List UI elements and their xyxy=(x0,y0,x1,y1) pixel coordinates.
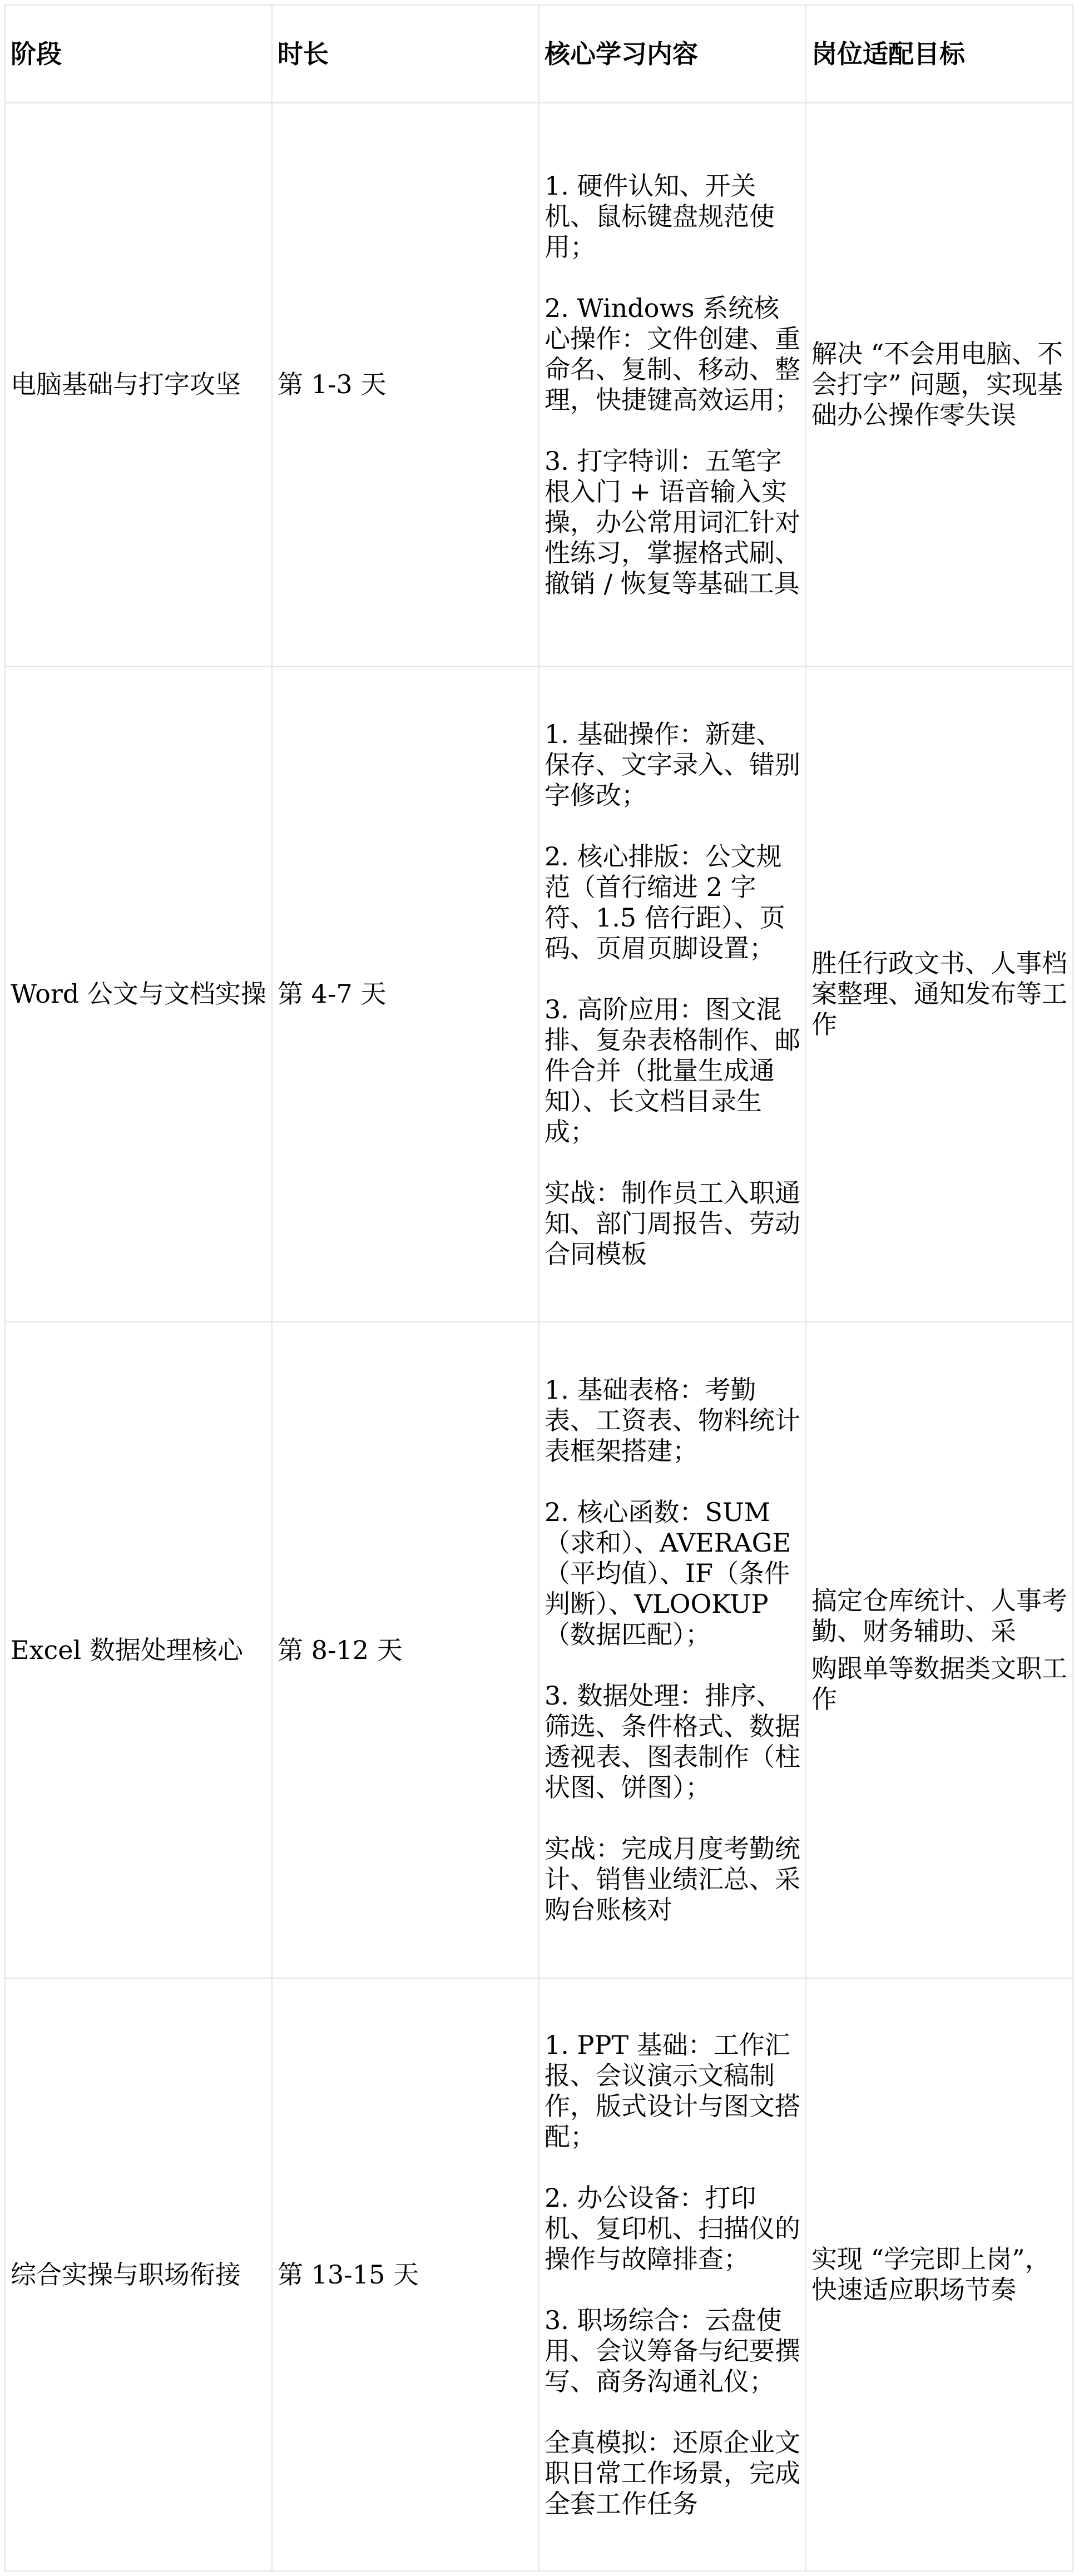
content-item: 3. 职场综合：云盘使用、会议筹备与纪要撰写、商务沟通礼仪； xyxy=(545,2305,800,2397)
content-practice: 全真模拟：还原企业文职日常工作场景，完成全套工作任务 xyxy=(545,2428,800,2519)
stage-cell: 综合实操与职场衔接 xyxy=(5,1978,272,2571)
table-header-row: 阶段 时长 核心学习内容 岗位适配目标 xyxy=(5,5,1073,103)
content-item: 3. 高阶应用：图文混排、复杂表格制作、邮件合并（批量生成通知）、长文档目录生成… xyxy=(545,994,800,1147)
header-core-content: 核心学习内容 xyxy=(539,5,806,103)
content-item: 2. 办公设备：打印机、复印机、扫描仪的操作与故障排查； xyxy=(545,2183,800,2275)
goal-text: 实现 “学完即上岗”，快速适应职场节奏 xyxy=(811,2244,1067,2305)
stage-cell: 电脑基础与打字攻坚 xyxy=(5,103,272,666)
content-item: 3. 打字特训：五笔字根入门 + 语音输入实操，办公常用词汇针对性练习，掌握格式… xyxy=(545,446,800,599)
stage-cell: Word 公文与文档实操 xyxy=(5,666,272,1322)
stage-cell: Excel 数据处理核心 xyxy=(5,1322,272,1978)
content-cell: 1. 基础操作：新建、保存、文字录入、错别字修改； 2. 核心排版：公文规范（首… xyxy=(539,666,806,1322)
content-item: 2. 核心函数：SUM（求和）、AVERAGE（平均值）、IF（条件判断）、VL… xyxy=(545,1497,800,1650)
duration-cell: 第 4-7 天 xyxy=(272,666,539,1322)
goal-cell: 搞定仓库统计、人事考勤、财务辅助、采 购跟单等数据类文职工作 xyxy=(806,1322,1073,1978)
content-item: 1. 基础操作：新建、保存、文字录入、错别字修改； xyxy=(545,719,800,811)
table-row: 电脑基础与打字攻坚 第 1-3 天 1. 硬件认知、开关机、鼠标键盘规范使用； … xyxy=(5,103,1073,666)
header-stage: 阶段 xyxy=(5,5,272,103)
duration-cell: 第 8-12 天 xyxy=(272,1322,539,1978)
duration-cell: 第 13-15 天 xyxy=(272,1978,539,2571)
content-practice: 实战：完成月度考勤统计、销售业绩汇总、采购台账核对 xyxy=(545,1834,800,1925)
goal-cell: 实现 “学完即上岗”，快速适应职场节奏 xyxy=(806,1978,1073,2571)
content-item: 2. 核心排版：公文规范（首行缩进 2 字符、1.5 倍行距）、页码、页眉页脚设… xyxy=(545,841,800,964)
goal-text: 解决 “不会用电脑、不会打字” 问题，实现基础办公操作零失误 xyxy=(811,339,1067,430)
content-cell: 1. 基础表格：考勤表、工资表、物料统计表框架搭建； 2. 核心函数：SUM（求… xyxy=(539,1322,806,1978)
goal-text-continued: 购跟单等数据类文职工作 xyxy=(811,1653,1067,1715)
goal-text: 胜任行政文书、人事档案整理、通知发布等工作 xyxy=(811,948,1067,1040)
table-row: 综合实操与职场衔接 第 13-15 天 1. PPT 基础：工作汇报、会议演示文… xyxy=(5,1978,1073,2571)
training-plan-table: 阶段 时长 核心学习内容 岗位适配目标 电脑基础与打字攻坚 第 1-3 天 1.… xyxy=(4,4,1073,2572)
goal-cell: 解决 “不会用电脑、不会打字” 问题，实现基础办公操作零失误 xyxy=(806,103,1073,666)
content-item: 1. PPT 基础：工作汇报、会议演示文稿制作，版式设计与图文搭配； xyxy=(545,2030,800,2152)
content-practice: 实战：制作员工入职通知、部门周报告、劳动合同模板 xyxy=(545,1178,800,1270)
content-item: 1. 硬件认知、开关机、鼠标键盘规范使用； xyxy=(545,171,800,262)
content-cell: 1. PPT 基础：工作汇报、会议演示文稿制作，版式设计与图文搭配； 2. 办公… xyxy=(539,1978,806,2571)
content-item: 2. Windows 系统核心操作：文件创建、重命名、复制、移动、整理，快捷键高… xyxy=(545,293,800,415)
content-item: 1. 基础表格：考勤表、工资表、物料统计表框架搭建； xyxy=(545,1375,800,1467)
header-job-goal: 岗位适配目标 xyxy=(806,5,1073,103)
goal-cell: 胜任行政文书、人事档案整理、通知发布等工作 xyxy=(806,666,1073,1322)
content-cell: 1. 硬件认知、开关机、鼠标键盘规范使用； 2. Windows 系统核心操作：… xyxy=(539,103,806,666)
content-item: 3. 数据处理：排序、筛选、条件格式、数据透视表、图表制作（柱状图、饼图）； xyxy=(545,1681,800,1803)
table-row: Word 公文与文档实操 第 4-7 天 1. 基础操作：新建、保存、文字录入、… xyxy=(5,666,1073,1322)
goal-text: 搞定仓库统计、人事考勤、财务辅助、采 xyxy=(811,1586,1067,1647)
header-duration: 时长 xyxy=(272,5,539,103)
duration-cell: 第 1-3 天 xyxy=(272,103,539,666)
table-row: Excel 数据处理核心 第 8-12 天 1. 基础表格：考勤表、工资表、物料… xyxy=(5,1322,1073,1978)
